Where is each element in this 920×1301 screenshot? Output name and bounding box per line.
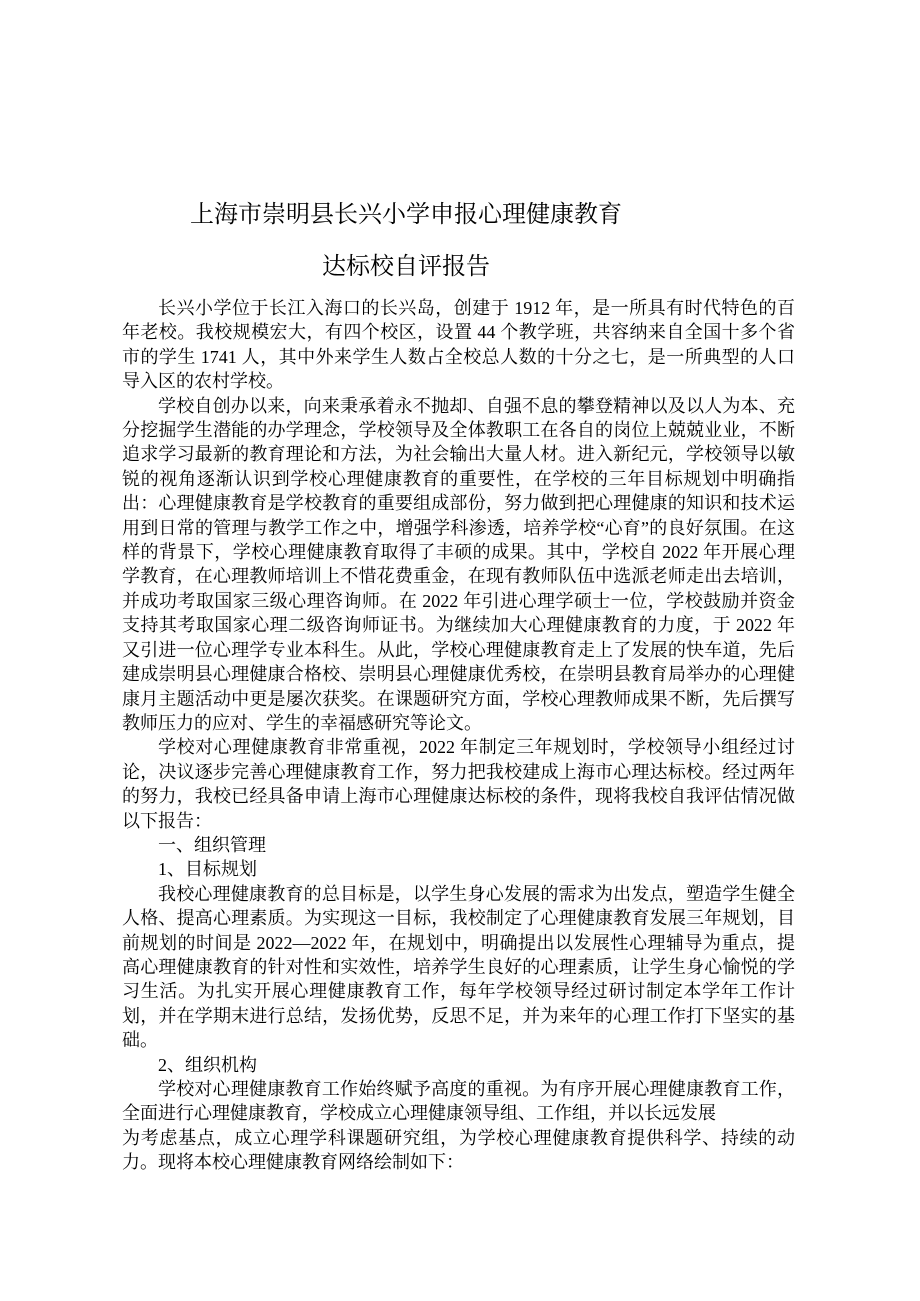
heading-goal-planning: 1、目标规划 [122, 857, 795, 881]
document-title-line-1: 上海市崇明县长兴小学申报心理健康教育 [122, 189, 690, 241]
paragraph-goal-planning: 我校心理健康教育的总目标是，以学生身心发展的需求为出发点，塑造学生健全人格、提高… [122, 882, 795, 1053]
heading-organization-management: 一、组织管理 [122, 833, 795, 857]
document-body: 长兴小学位于长江入海口的长兴岛，创建于 1912 年，是一所具有时代特色的百年老… [122, 296, 795, 1175]
paragraph-application-statement: 学校对心理健康教育非常重视，2022 年制定三年规划时，学校领导小组经过讨论，决… [122, 735, 795, 833]
paragraph-school-history: 学校自创办以来，向来秉承着永不抛却、自强不息的攀登精神以及以人为本、充分挖掘学生… [122, 394, 795, 736]
paragraph-organization-structure-continued: 为考虑基点，成立心理学科课题研究组，为学校心理健康教育提供科学、持续的动力。现将… [122, 1126, 795, 1175]
document-title: 上海市崇明县长兴小学申报心理健康教育 达标校自评报告 [122, 189, 795, 293]
paragraph-school-intro: 长兴小学位于长江入海口的长兴岛，创建于 1912 年，是一所具有时代特色的百年老… [122, 296, 795, 394]
document-title-line-2: 达标校自评报告 [122, 241, 690, 293]
paragraph-organization-structure: 学校对心理健康教育工作始终赋予高度的重视。为有序开展心理健康教育工作，全面进行心… [122, 1077, 795, 1126]
document-page: 上海市崇明县长兴小学申报心理健康教育 达标校自评报告 长兴小学位于长江入海口的长… [0, 0, 920, 1301]
heading-organization-structure: 2、组织机构 [122, 1053, 795, 1077]
